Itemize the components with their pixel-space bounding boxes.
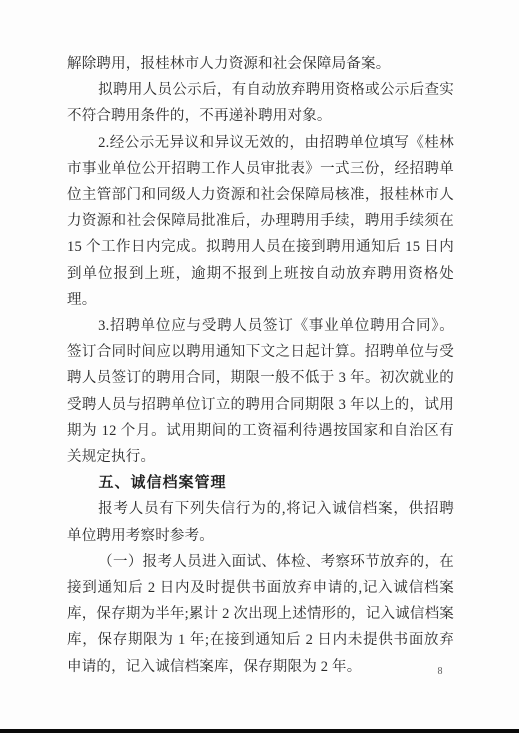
section-heading-integrity-archive: 五、诚信档案管理 — [67, 470, 454, 496]
paragraph-item-3-employment-contract: 3.招聘单位应与受聘人员签订《事业单位聘用合同》。签订合同时间应以聘用通知下文之… — [67, 313, 454, 470]
paragraph-item-2-approval-procedure: 2.经公示无异议和异议无效的，由招聘单位填写《桂林市事业单位公开招聘工作人员审批… — [67, 130, 454, 313]
document-text-block: 解除聘用，报桂林市人力资源和社会保障局备案。 拟聘用人员公示后，有自动放弃聘用资… — [67, 51, 454, 680]
window-bottom-border — [0, 729, 519, 733]
document-page: 解除聘用，报桂林市人力资源和社会保障局备案。 拟聘用人员公示后，有自动放弃聘用资… — [0, 0, 519, 735]
paragraph-publicity-forfeit: 拟聘用人员公示后，有自动放弃聘用资格或公示后查实不符合聘用条件的，不再递补聘用对… — [67, 77, 454, 129]
page-number: 8 — [433, 665, 447, 679]
paragraph-integrity-archive-intro: 报考人员有下列失信行为的,将记入诚信档案，供招聘单位聘用考察时参考。 — [67, 496, 454, 548]
paragraph-dismissal-filing: 解除聘用，报桂林市人力资源和社会保障局备案。 — [67, 51, 454, 77]
paragraph-integrity-archive-rule-1: （一）报考人员进入面试、体检、考察环节放弃的，在接到通知后 2 日内及时提供书面… — [67, 549, 454, 680]
